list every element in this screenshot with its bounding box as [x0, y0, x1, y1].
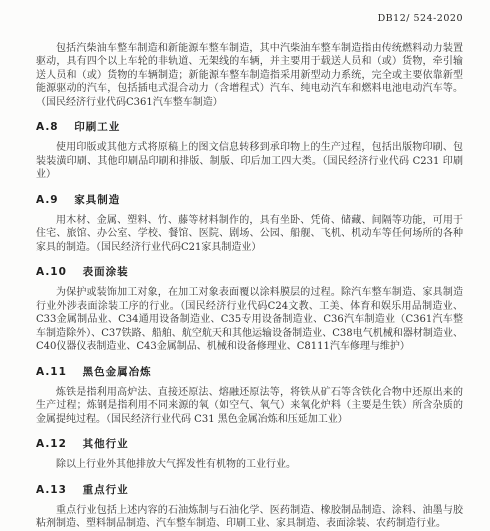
section-a11: A.11 黑色金属冶炼 炼铁是指利用高炉法、直接还原法、熔融还原法等，将铁从矿石…	[36, 366, 463, 427]
section-body: 炼铁是指利用高炉法、直接还原法、熔融还原法等，将铁从矿石等含铁化合物中还原出来的…	[36, 386, 463, 427]
section-title: 其他行业	[83, 438, 129, 450]
intro-paragraph: 包括汽柴油车整车制造和新能源车整车制造，其中汽柴油车整车制造指由传统燃料动力装置…	[36, 42, 463, 110]
section-body: 用木材、金属、塑料、竹、藤等材料制作的，具有坐卧、凭倚、储藏、间隔等功能，可用于…	[36, 214, 463, 255]
section-title: 家具制造	[74, 194, 120, 206]
section-number: A.11	[36, 366, 67, 378]
document-page: DB12/ 524-2020 包括汽柴油车整车制造和新能源车整车制造，其中汽柴油…	[0, 0, 490, 531]
section-number: A.10	[36, 266, 67, 278]
document-code: DB12/ 524-2020	[36, 12, 463, 26]
section-body: 重点行业包括上述内容的石油炼制与石油化学、医药制造、橡胶制品制造、涂料、油墨与胶…	[36, 504, 463, 531]
section-body: 除以上行业外其他排放大气挥发性有机物的工业行业。	[36, 458, 463, 472]
section-a12: A.12 其他行业 除以上行业外其他排放大气挥发性有机物的工业行业。	[36, 438, 463, 472]
section-heading: A.13 重点行业	[36, 484, 463, 496]
section-body: 为保护或装饰加工对象，在加工对象表面覆以涂料膜层的过程。除汽车整车制造、家具制造…	[36, 286, 463, 354]
section-heading: A.12 其他行业	[36, 438, 463, 450]
section-a9: A.9 家具制造 用木材、金属、塑料、竹、藤等材料制作的，具有坐卧、凭倚、储藏、…	[36, 194, 463, 255]
section-heading: A.8 印刷工业	[36, 121, 463, 133]
section-heading: A.10 表面涂装	[36, 266, 463, 278]
section-title: 印刷工业	[74, 121, 120, 133]
section-number: A.9	[36, 194, 59, 206]
section-a10: A.10 表面涂装 为保护或装饰加工对象，在加工对象表面覆以涂料膜层的过程。除汽…	[36, 266, 463, 354]
section-a8: A.8 印刷工业 使用印版或其他方式将原稿上的图文信息转移到承印物上的生产过程，…	[36, 121, 463, 182]
section-heading: A.11 黑色金属冶炼	[36, 366, 463, 378]
section-number: A.8	[36, 121, 59, 133]
section-a13: A.13 重点行业 重点行业包括上述内容的石油炼制与石油化学、医药制造、橡胶制品…	[36, 484, 463, 531]
section-title: 黑色金属冶炼	[83, 366, 152, 378]
section-title: 重点行业	[83, 484, 129, 496]
section-body: 使用印版或其他方式将原稿上的图文信息转移到承印物上的生产过程，包括出版物印刷、包…	[36, 141, 463, 182]
section-number: A.12	[36, 438, 67, 450]
section-heading: A.9 家具制造	[36, 194, 463, 206]
section-title: 表面涂装	[83, 266, 129, 278]
section-number: A.13	[36, 484, 67, 496]
